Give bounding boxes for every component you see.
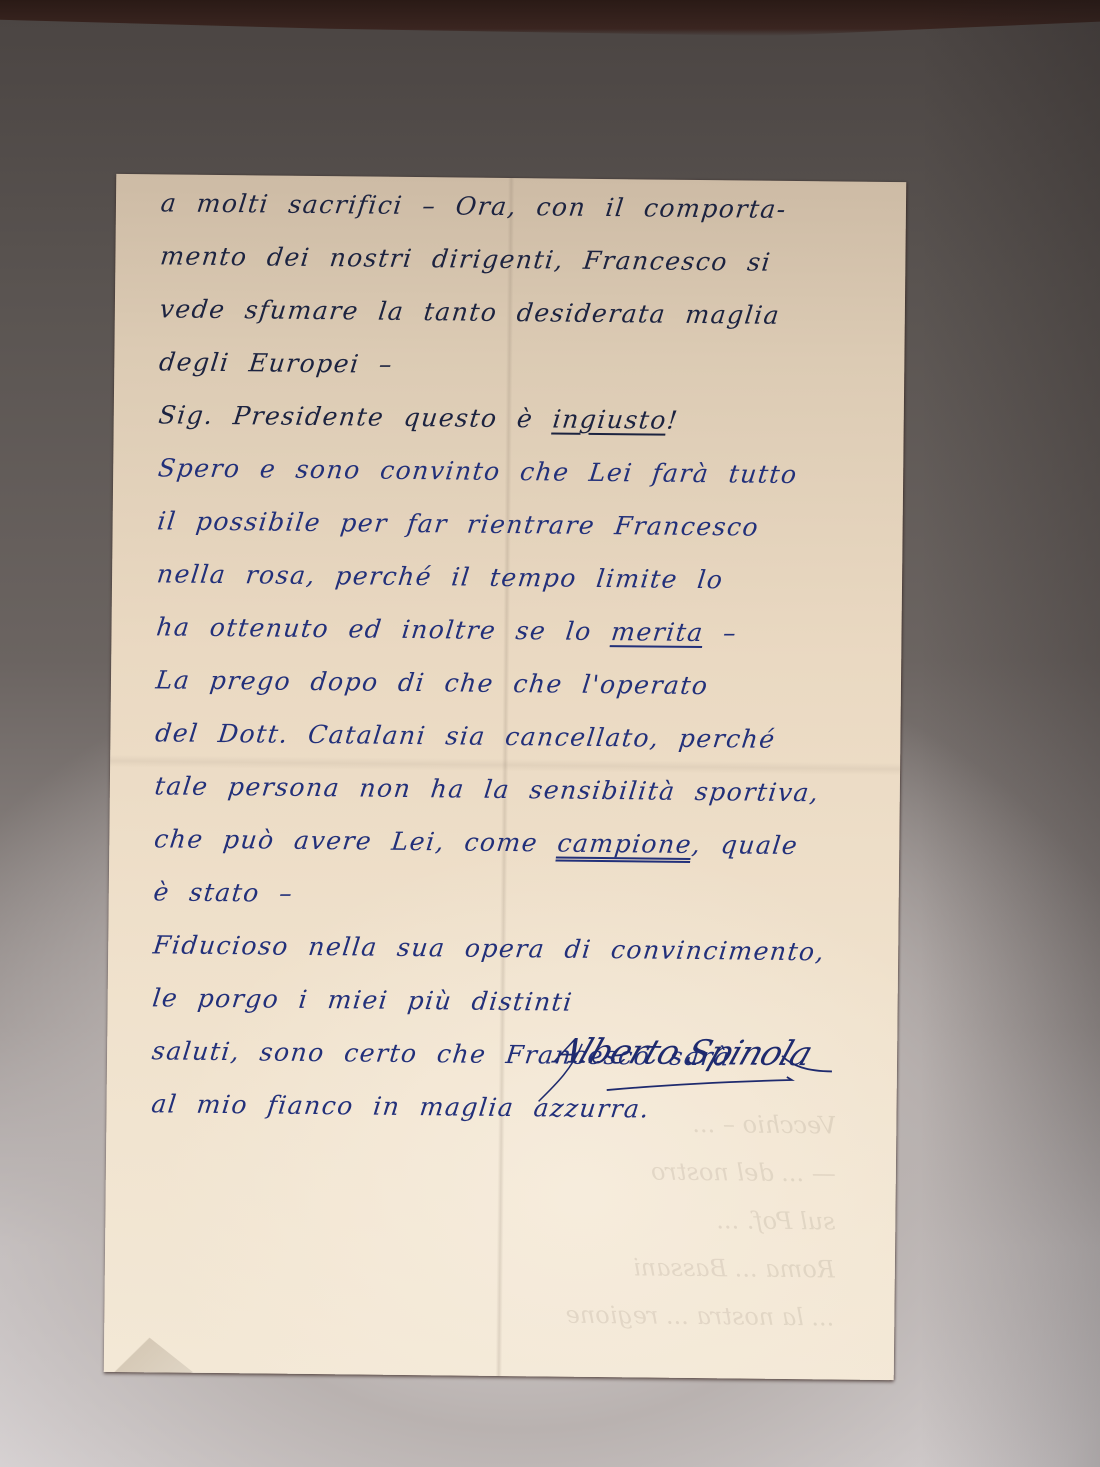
text-segment: ! [665, 406, 680, 435]
letter-body: a molti sacrifici – Ora, con il comporta… [151, 176, 881, 1137]
letter-line: che può avere Lei, come campione, quale [151, 812, 877, 872]
desk-edge [0, 0, 1100, 36]
letter-line: del Dott. Catalani sia cancellato, perch… [152, 706, 878, 766]
letter-line: ha ottenuto ed inoltre se lo merita – [153, 600, 879, 660]
text-segment: , quale [690, 830, 800, 860]
letter-line: La prego dopo di che che l'operato [153, 653, 879, 713]
signature: Alberto Spinola [537, 1023, 838, 1106]
letter-line: degli Europei – [156, 335, 882, 395]
letter-line: vede sfumare la tanto desiderata maglia [157, 282, 883, 342]
text-segment: ha ottenuto ed inoltre se lo [155, 612, 613, 646]
letter-line: è stato – [151, 865, 877, 925]
letter-page: Vecchio – ... — ... del nostro sul Pof. … [104, 174, 907, 1380]
signature-flourish-icon [537, 1023, 838, 1106]
letter-line: le porgo i miei più distinti [150, 971, 876, 1031]
bleed-line: — ... del nostro [106, 1142, 896, 1198]
text-segment: – [702, 618, 739, 647]
underlined-word: merita [610, 617, 706, 647]
letter-line: mento dei nostri dirigenti, Francesco si [157, 229, 883, 289]
letter-line: il possibile per far rientrare Francesco [155, 494, 881, 554]
text-segment: Sig. Presidente questo è [157, 400, 554, 433]
letter-line: Fiducioso nella sua opera di convincimen… [150, 918, 876, 978]
text-segment: che può avere Lei, come [153, 824, 560, 857]
letter-line: Spero e sono convinto che Lei farà tutto [155, 441, 881, 501]
bleed-line: ... la nostra ... regione [104, 1286, 894, 1342]
bleed-line: sul Pof. ... [105, 1190, 895, 1246]
letter-line: tale persona non ha la sensibilità sport… [152, 759, 878, 819]
letter-line: a molti sacrifici – Ora, con il comporta… [158, 176, 884, 236]
bleed-line: Roma ... Bassani [105, 1238, 895, 1294]
letter-line: nella rosa, perché il tempo limite lo [154, 547, 880, 607]
letter-line: Sig. Presidente questo è ingiusto! [156, 388, 882, 448]
underlined-word: ingiusto [551, 404, 668, 434]
underlined-word: campione [556, 829, 694, 859]
shadow-overlay [920, 0, 1100, 1467]
